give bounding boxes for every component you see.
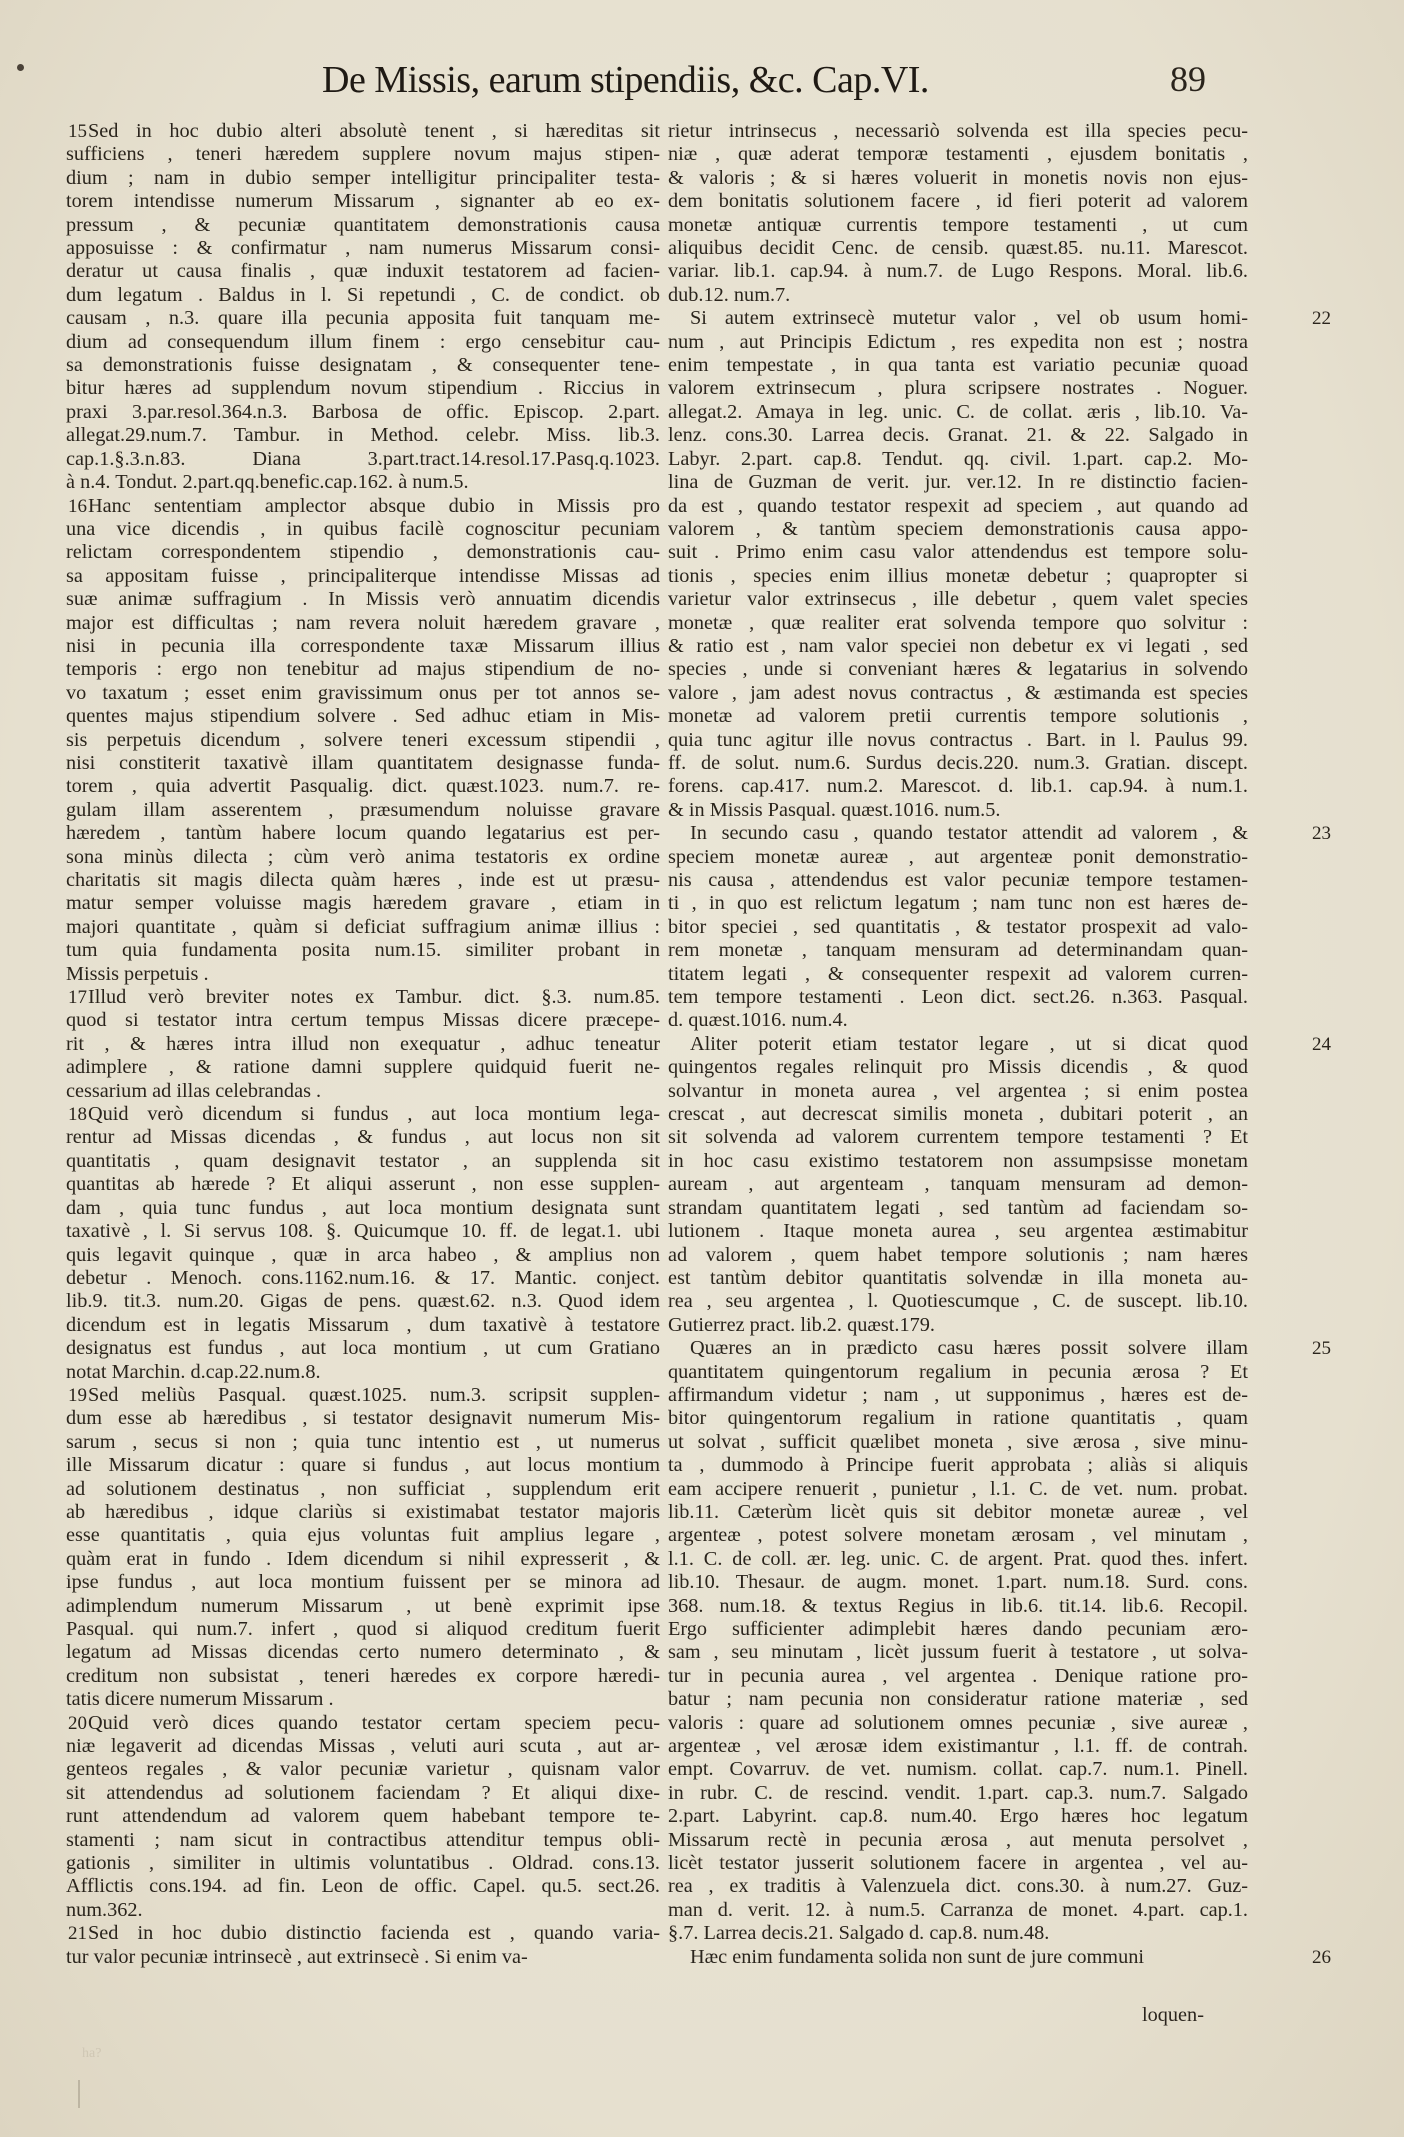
text-line: auream , aut argenteam , tanquam mensura…	[668, 1173, 1248, 1196]
text-line: Quid verò dicendum si fundus , aut loca …	[66, 1103, 660, 1126]
text-line: num , aut Principis Edictum , res expedi…	[668, 331, 1248, 354]
text-line: sam , seu minutam , licèt jussum fuerit …	[668, 1641, 1248, 1664]
text-line: rea , seu argentea , l. Quotiescumque , …	[668, 1290, 1248, 1313]
text-line: niæ legaverit ad dicendas Missas , velut…	[66, 1735, 660, 1758]
margin-number: 23	[1290, 822, 1331, 845]
text-line: rea , ex traditis à Valenzuela dict. con…	[668, 1875, 1248, 1898]
text-line: pressum , & pecuniæ quantitatem demonstr…	[66, 214, 660, 237]
text-line: adimplere , & ratione damni supplere qui…	[66, 1056, 660, 1079]
text-line: vo taxatum ; esset enim gravissimum onus…	[66, 682, 660, 705]
text-line: una vice dicendis , in quibus facilè cog…	[66, 518, 660, 541]
text-line: taxativè , l. Si servus 108. §. Quicumqu…	[66, 1220, 660, 1243]
text-line: solvantur in moneta aurea , vel argentea…	[668, 1080, 1248, 1103]
text-line: rit , & hæres intra illud non exequatur …	[66, 1033, 660, 1056]
text-line: cessarium ad illas celebrandas .	[66, 1080, 660, 1103]
text-line: sona minùs dilecta ; cùm verò anima test…	[66, 846, 660, 869]
text-line: Si autem extrinsecè mutetur valor , vel …	[668, 307, 1248, 330]
text-line: temporis : ergo non tenebitur ad majus s…	[66, 658, 660, 681]
text-line: lina de Guzman de verit. jur. ver.12. In…	[668, 471, 1248, 494]
text-line: num.362.	[66, 1899, 660, 1922]
text-line: Quæres an in prædicto casu hæres possit …	[668, 1337, 1248, 1360]
bleed-through-mark: ha?	[82, 2046, 101, 2062]
text-line: monetæ antiquæ currentis tempore testame…	[668, 214, 1248, 237]
paragraph: 25Quæres an in prædicto casu hæres possi…	[668, 1337, 1248, 1946]
text-line: man d. verit. 12. à num.5. Carranza de m…	[668, 1899, 1248, 1922]
margin-number: 26	[1290, 1946, 1331, 1969]
text-line: lutionem . Itaque moneta aurea , seu arg…	[668, 1220, 1248, 1243]
text-line: tur valor pecuniæ intrinsecè , aut extri…	[66, 1946, 660, 1969]
text-line: allegat.2. Amaya in leg. unic. C. de col…	[668, 401, 1248, 424]
margin-number: 25	[1290, 1337, 1331, 1360]
text-line: quantitas ab hærede ? Et aliqui asserunt…	[66, 1173, 660, 1196]
text-line: notat Marchin. d.cap.22.num.8.	[66, 1361, 660, 1384]
paragraph: 20Quid verò dices quando testator certam…	[66, 1712, 660, 1923]
text-line: dam , quia tunc fundus , aut loca montiu…	[66, 1197, 660, 1220]
text-line: tur in pecunia aurea , vel argentea . De…	[668, 1665, 1248, 1688]
text-line: dum legatum . Baldus in l. Si repetundi …	[66, 284, 660, 307]
text-line: quàm erat in fundo . Idem dicendum si ni…	[66, 1548, 660, 1571]
text-line: ad solutionem destinatus , non sufficiat…	[66, 1478, 660, 1501]
text-line: major est difficultas ; nam revera nolui…	[66, 612, 660, 635]
text-line: Pasqual. qui num.7. infert , quod si ali…	[66, 1618, 660, 1641]
paragraph: 26Hæc enim fundamenta solida non sunt de…	[668, 1946, 1248, 1969]
text-line: aliquibus decidit Cenc. de censib. quæst…	[668, 237, 1248, 260]
text-line: valorem extrinsecum , plura scripsere no…	[668, 377, 1248, 400]
text-line: Ergo sufficienter adimplebit hæres dando…	[668, 1618, 1248, 1641]
text-line: suæ animæ suffragium . In Missis verò an…	[66, 588, 660, 611]
text-line: l.1. C. de coll. ær. leg. unic. C. de ar…	[668, 1548, 1248, 1571]
text-line: ille Missarum dicatur : quare si fundus …	[66, 1454, 660, 1477]
text-line: & valoris ; & si hæres voluerit in monet…	[668, 167, 1248, 190]
text-line: dem bonitatis solutionem facere , id fie…	[668, 190, 1248, 213]
text-line: & in Missis Pasqual. quæst.1016. num.5.	[668, 799, 1248, 822]
text-line: & ratio est , nam valor speciei non debe…	[668, 635, 1248, 658]
text-line: ab hæredibus , idque clariùs si existima…	[66, 1501, 660, 1524]
text-line: rem monetæ , tanquam mensuram ad determi…	[668, 939, 1248, 962]
margin-number: 15	[46, 120, 87, 143]
text-line: bitor speciei , sed quantitatis , & test…	[668, 916, 1248, 939]
text-line: Illud verò breviter notes ex Tambur. dic…	[66, 986, 660, 1009]
text-line: monetæ , quæ realiter erat solvenda temp…	[668, 612, 1248, 635]
text-line: debetur . Menoch. cons.1162.num.16. & 17…	[66, 1267, 660, 1290]
text-line: gationis , similiter in ultimis voluntat…	[66, 1852, 660, 1875]
text-line: valore , jam adest novus contractus , & …	[668, 682, 1248, 705]
page-number: 89	[1170, 58, 1206, 100]
paragraph: 21Sed in hoc dubio distinctio facienda e…	[66, 1922, 660, 1969]
text-line: runt attendendum ad valorem quem habeban…	[66, 1805, 660, 1828]
text-line: sit attendendus ad solutionem faciendam …	[66, 1782, 660, 1805]
text-line: d. quæst.1016. num.4.	[668, 1009, 1248, 1032]
paragraph: 23In secundo casu , quando testator atte…	[668, 822, 1248, 1033]
text-line: quis legavit quinque , quæ in arca habeo…	[66, 1244, 660, 1267]
text-line: species , unde si conveniant hæres & leg…	[668, 658, 1248, 681]
text-line: Labyr. 2.part. cap.8. Tendut. qq. civil.…	[668, 448, 1248, 471]
text-line: dub.12. num.7.	[668, 284, 1248, 307]
book-page: De Missis, earum stipendiis, &c. Cap.VI.…	[0, 0, 1404, 2137]
text-line: variar. lib.1. cap.94. à num.7. de Lugo …	[668, 260, 1248, 283]
paragraph: 16Hanc sententiam amplector absque dubio…	[66, 495, 660, 987]
text-line: cap.1.§.3.n.83. Diana 3.part.tract.14.re…	[66, 448, 660, 471]
text-line: bitor quingentorum regalium in ratione q…	[668, 1407, 1248, 1430]
text-line: Hæc enim fundamenta solida non sunt de j…	[668, 1946, 1248, 1969]
text-line: sufficiens , teneri hæredem supplere nov…	[66, 143, 660, 166]
text-line: est tantùm debitor quantitatis solvendæ …	[668, 1267, 1248, 1290]
text-line: da est , quando testator respexit ad spe…	[668, 495, 1248, 518]
text-line: rentur ad Missas dicendas , & fundus , a…	[66, 1126, 660, 1149]
margin-number: 17	[46, 986, 87, 1009]
text-line: in rubr. C. de rescind. vendit. 1.part. …	[668, 1782, 1248, 1805]
catchword: loquen-	[1142, 2004, 1204, 2027]
text-line: designatus est fundus , aut loca montium…	[66, 1337, 660, 1360]
paragraph: 22Si autem extrinsecè mutetur valor , ve…	[668, 307, 1248, 822]
text-line: ti , in quo est relictum legatum ; nam t…	[668, 892, 1248, 915]
text-line: titatem legati , & consequenter respexit…	[668, 963, 1248, 986]
text-line: Hanc sententiam amplector absque dubio i…	[66, 495, 660, 518]
text-line: In secundo casu , quando testator attend…	[668, 822, 1248, 845]
paragraph: 18Quid verò dicendum si fundus , aut loc…	[66, 1103, 660, 1384]
text-line: tem tempore testamenti . Leon dict. sect…	[668, 986, 1248, 1009]
text-line: stamenti ; nam sicut in contractibus att…	[66, 1829, 660, 1852]
text-line: quantitatis , quam designavit testator ,…	[66, 1150, 660, 1173]
text-line: Sed meliùs Pasqual. quæst.1025. num.3. s…	[66, 1384, 660, 1407]
text-line: eam accipere renuerit , punietur , l.1. …	[668, 1478, 1248, 1501]
text-line: majori quantitate , quàm si deficiat suf…	[66, 916, 660, 939]
right-column: rietur intrinsecus , necessariò solvenda…	[668, 120, 1248, 1969]
text-line: Gutierrez pract. lib.2. quæst.179.	[668, 1314, 1248, 1337]
text-line: legatum ad Missas dicendas certo numero …	[66, 1641, 660, 1664]
text-line: forens. cap.417. num.2. Marescot. d. lib…	[668, 775, 1248, 798]
text-line: ff. de solut. num.6. Surdus decis.220. n…	[668, 752, 1248, 775]
text-line: praxi 3.par.resol.364.n.3. Barbosa de of…	[66, 401, 660, 424]
text-line: tatis dicere numerum Missarum .	[66, 1688, 660, 1711]
text-line: monetæ ad valorem pretii currentis tempo…	[668, 705, 1248, 728]
text-line: ad valorem , quem habet tempore solution…	[668, 1244, 1248, 1267]
text-line: nis causa , attendendus est valor pecuni…	[668, 869, 1248, 892]
text-line: speciem monetæ aureæ , aut argenteæ poni…	[668, 846, 1248, 869]
text-line: creditum non subsistat , teneri hæredes …	[66, 1665, 660, 1688]
text-line: tum quia fundamenta posita num.15. simil…	[66, 939, 660, 962]
text-line: varietur valor extrinsecus , ille debetu…	[668, 588, 1248, 611]
margin-number: 19	[46, 1384, 87, 1407]
text-line: lenz. cons.30. Larrea decis. Granat. 21.…	[668, 424, 1248, 447]
text-line: strandam quantitatem legati , sed tantùm…	[668, 1197, 1248, 1220]
text-line: Missarum rectè in pecunia ærosa , aut me…	[668, 1829, 1248, 1852]
running-title: De Missis, earum stipendiis, &c. Cap.VI.	[322, 58, 929, 102]
text-line: quod si testator intra certum tempus Mis…	[66, 1009, 660, 1032]
text-line: quia tunc agitur ille novus contractus .…	[668, 729, 1248, 752]
text-line: sit solvenda ad valorem currentem tempor…	[668, 1126, 1248, 1149]
text-line: torem intendisse numerum Missarum , sign…	[66, 190, 660, 213]
text-line: sa appositam fuisse , principaliterque i…	[66, 565, 660, 588]
text-line: charitatis sit magis dilecta quàm hæres …	[66, 869, 660, 892]
text-line: allegat.29.num.7. Tambur. in Method. cel…	[66, 424, 660, 447]
text-line: empt. Covarruv. de vet. numism. collat. …	[668, 1758, 1248, 1781]
text-line: sis perpetuis dicendum , solvere teneri …	[66, 729, 660, 752]
paragraph: 24Aliter poterit etiam testator legare ,…	[668, 1033, 1248, 1337]
text-line: sarum , secus si non ; quia tunc intenti…	[66, 1431, 660, 1454]
paragraph: 17Illud verò breviter notes ex Tambur. d…	[66, 986, 660, 1103]
page-header: De Missis, earum stipendiis, &c. Cap.VI.…	[0, 58, 1404, 110]
text-line: quentes majus stipendium solvere . Sed a…	[66, 705, 660, 728]
text-line: batur ; nam pecunia non consideratur rat…	[668, 1688, 1248, 1711]
text-line: matur semper voluisse magis hæredem grav…	[66, 892, 660, 915]
text-line: Quid verò dices quando testator certam s…	[66, 1712, 660, 1735]
text-line: argenteæ , potest solvere monetam ærosam…	[668, 1524, 1248, 1547]
text-line: suit . Primo enim casu valor attendendus…	[668, 541, 1248, 564]
text-line: lib.11. Cæterùm licèt quis sit debitor m…	[668, 1501, 1248, 1524]
text-line: esse quantitatis , quia ejus voluntas fu…	[66, 1524, 660, 1547]
text-line: tionis , species enim illius monetæ debe…	[668, 565, 1248, 588]
text-line: quantitatem quingentorum regalium in pec…	[668, 1361, 1248, 1384]
text-line: lib.10. Thesaur. de augm. monet. 1.part.…	[668, 1571, 1248, 1594]
margin-number: 24	[1290, 1033, 1331, 1056]
text-line: lib.9. tit.3. num.20. Gigas de pens. quæ…	[66, 1290, 660, 1313]
text-line: valoris : quare ad solutionem omnes pecu…	[668, 1712, 1248, 1735]
paragraph: 19Sed meliùs Pasqual. quæst.1025. num.3.…	[66, 1384, 660, 1712]
text-line: ta , dummodo à Principe fuerit approbata…	[668, 1454, 1248, 1477]
text-line: Afflictis cons.194. ad fin. Leon de offi…	[66, 1875, 660, 1898]
text-line: quingentos regales relinquit pro Missis …	[668, 1056, 1248, 1079]
text-line: nisi constiterit taxativè illam quantita…	[66, 752, 660, 775]
text-line: nisi in pecunia illa correspondente taxæ…	[66, 635, 660, 658]
paper-stain	[78, 2080, 80, 2108]
text-line: dium ; nam in dubio semper intelligitur …	[66, 167, 660, 190]
left-column: 15Sed in hoc dubio alteri absolutè tenen…	[66, 120, 660, 1969]
text-line: argenteæ , vel ærosæ idem existimantur ,…	[668, 1735, 1248, 1758]
text-line: enim tempestate , in qua tanta est varia…	[668, 354, 1248, 377]
text-line: licèt testator jusserit solutionem facer…	[668, 1852, 1248, 1875]
text-line: §.7. Larrea decis.21. Salgado d. cap.8. …	[668, 1922, 1248, 1945]
margin-number: 20	[46, 1712, 87, 1735]
text-line: gulam illam asserentem , præsumendum nol…	[66, 799, 660, 822]
text-line: valorem , & tantùm speciem demonstration…	[668, 518, 1248, 541]
text-line: à n.4. Tondut. 2.part.qq.benefic.cap.162…	[66, 471, 660, 494]
text-line: Sed in hoc dubio alteri absolutè tenent …	[66, 120, 660, 143]
text-line: rietur intrinsecus , necessariò solvenda…	[668, 120, 1248, 143]
text-line: 2.part. Labyrint. cap.8. num.40. Ergo hæ…	[668, 1805, 1248, 1828]
margin-number: 16	[46, 495, 87, 518]
text-line: affirmandum videtur ; nam , ut supponimu…	[668, 1384, 1248, 1407]
text-line: Sed in hoc dubio distinctio facienda est…	[66, 1922, 660, 1945]
text-line: crescat , aut decrescat similis moneta ,…	[668, 1103, 1248, 1126]
text-line: niæ , quæ aderat temporæ testamenti , ej…	[668, 143, 1248, 166]
text-line: hæredem , tantùm habere locum quando leg…	[66, 822, 660, 845]
text-line: ipse fundus , aut loca montium fuissent …	[66, 1571, 660, 1594]
paragraph: rietur intrinsecus , necessariò solvenda…	[668, 120, 1248, 307]
text-line: dicendum est in legatis Missarum , dum t…	[66, 1314, 660, 1337]
text-line: 368. num.18. & textus Regius in lib.6. t…	[668, 1595, 1248, 1618]
margin-number: 21	[46, 1922, 87, 1945]
text-line: genteos regales , & valor pecuniæ variet…	[66, 1758, 660, 1781]
margin-number: 18	[46, 1103, 87, 1126]
text-line: torem , quia advertit Pasqualig. dict. q…	[66, 775, 660, 798]
margin-number: 22	[1290, 307, 1331, 330]
text-line: Aliter poterit etiam testator legare , u…	[668, 1033, 1248, 1056]
text-line: deratur ut causa finalis , quæ induxit t…	[66, 260, 660, 283]
text-line: dium ad consequendum illum finem : ergo …	[66, 331, 660, 354]
text-line: bitur hæres ad supplendum novum stipendi…	[66, 377, 660, 400]
paragraph: 15Sed in hoc dubio alteri absolutè tenen…	[66, 120, 660, 495]
text-line: dum esse ab hæredibus , si testator desi…	[66, 1407, 660, 1430]
text-line: adimplendum numerum Missarum , ut benè e…	[66, 1595, 660, 1618]
text-line: ut solvat , sufficit quælibet moneta , s…	[668, 1431, 1248, 1454]
text-line: in hoc casu existimo testatorem non assu…	[668, 1150, 1248, 1173]
text-line: Missis perpetuis .	[66, 963, 660, 986]
text-line: sa demonstrationis fuisse designatam , &…	[66, 354, 660, 377]
text-line: apposuisse : & confirmatur , nam numerus…	[66, 237, 660, 260]
text-line: causam , n.3. quare illa pecunia apposit…	[66, 307, 660, 330]
text-line: relictam correspondentem stipendio , dem…	[66, 541, 660, 564]
